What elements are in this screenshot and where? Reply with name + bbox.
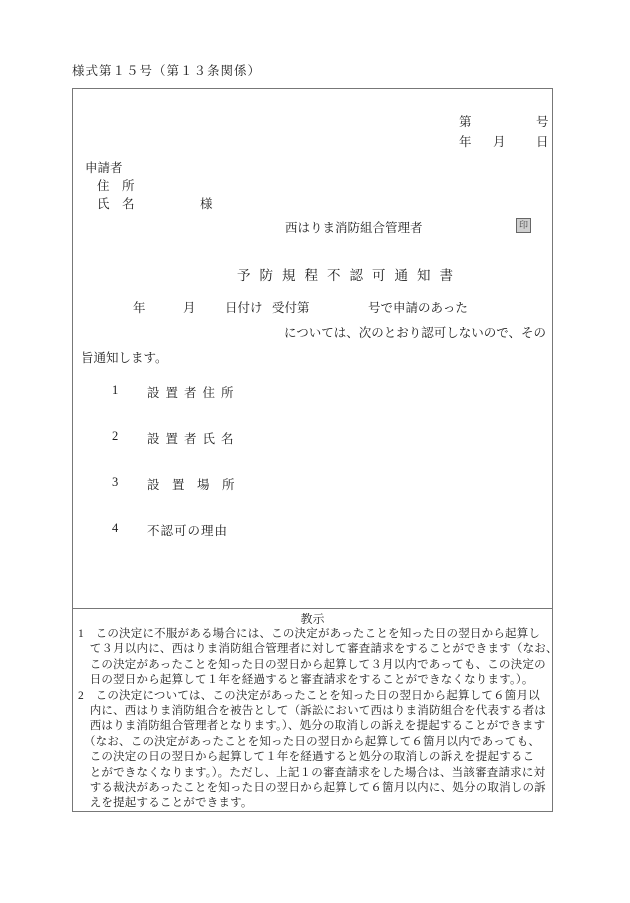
applicant-address-label: 住 所 xyxy=(97,176,135,194)
instruction-line: とができなくなります。）。ただし、上記１の審査請求をした場合は、当該審査請求に対 xyxy=(73,766,552,781)
notice-form-box: 第 号 年 月 日 申請者 住 所 氏 名 様 西はりま消防組合管理者 印 予防… xyxy=(72,88,553,812)
instruction-line: 2 この決定については、この決定があったことを知った日の翌日から起算して６箇月以 xyxy=(73,689,552,704)
instruction-line: えを提起することができます。 xyxy=(73,796,552,811)
applicant-name-label: 氏 名 xyxy=(97,194,135,212)
instruction-line: （なお、この決定があったことを知った日の翌日から起算して６箇月以内であっても、 xyxy=(73,735,552,750)
item-label-installation-place: 設置場所 xyxy=(147,475,247,493)
form-number-label: 様式第１５号（第１３条関係） xyxy=(72,61,261,79)
issuer-name: 西はりま消防組合管理者 xyxy=(285,218,423,236)
instruction-section: 教示 1 この決定に不服がある場合には、この決定があったことを知った日の翌日から… xyxy=(73,608,552,811)
document-page: 様式第１５号（第１３条関係） 第 号 年 月 日 申請者 住 所 氏 名 様 西… xyxy=(0,0,630,903)
item-label-reason-of-disapproval: 不認可の理由 xyxy=(147,521,228,539)
body-applied-label: 号で申請のあった xyxy=(368,298,468,316)
item-label-installer-address: 設置者住所 xyxy=(147,383,240,401)
header-month-label: 月 xyxy=(493,132,506,150)
header-day-label: 日 xyxy=(536,132,549,150)
instruction-line: 西はりま消防組合管理者となります。）、処分の取消しの訴えを提起することができます xyxy=(73,719,552,734)
instruction-line: 日の翌日から起算して１年を経過すると審査請求をすることができなくなります。）。 xyxy=(73,673,552,688)
seal-mark-icon: 印 xyxy=(516,218,531,233)
instruction-line: 1 この決定に不服がある場合には、この決定があったことを知った日の翌日から起算し xyxy=(73,627,552,642)
body-notice-line-cont: 旨通知します。 xyxy=(81,348,168,366)
body-day-label: 日付け xyxy=(225,298,263,316)
item-number: 1 xyxy=(112,383,118,398)
document-title: 予防規程不認可通知書 xyxy=(237,264,462,284)
body-month-label: 月 xyxy=(183,298,196,316)
doc-number-suffix: 号 xyxy=(536,112,549,130)
item-number: 4 xyxy=(112,521,118,536)
item-number: 2 xyxy=(112,429,118,444)
body-notice-line: については、次のとおり認可しないので、その xyxy=(284,323,546,341)
instruction-heading: 教示 xyxy=(73,611,552,627)
instruction-line: する裁決があったことを知った日の翌日から起算して６箇月以内に、処分の取消しの訴 xyxy=(73,781,552,796)
applicant-honorific: 様 xyxy=(200,194,213,212)
body-receipt-label: 受付第 xyxy=(272,298,310,316)
item-number: 3 xyxy=(112,475,118,490)
item-label-installer-name: 設置者氏名 xyxy=(147,429,240,447)
instruction-line: 内に、西はりま消防組合を被告として（訴訟において西はりま消防組合を代表する者は xyxy=(73,704,552,719)
body-year-label: 年 xyxy=(133,298,146,316)
instruction-line: て３月以内に、西はりま消防組合管理者に対して審査請求をすることができます（なお、 xyxy=(73,642,552,657)
header-year-label: 年 xyxy=(459,132,472,150)
instruction-line: この決定の日の翌日から起算して１年を経過すると処分の取消しの訴えを提起するこ xyxy=(73,750,552,765)
applicant-label: 申請者 xyxy=(85,158,123,176)
instruction-line: この決定があったことを知った日の翌日から起算して３月以内であっても、この決定の xyxy=(73,658,552,673)
doc-number-prefix: 第 xyxy=(459,112,472,130)
